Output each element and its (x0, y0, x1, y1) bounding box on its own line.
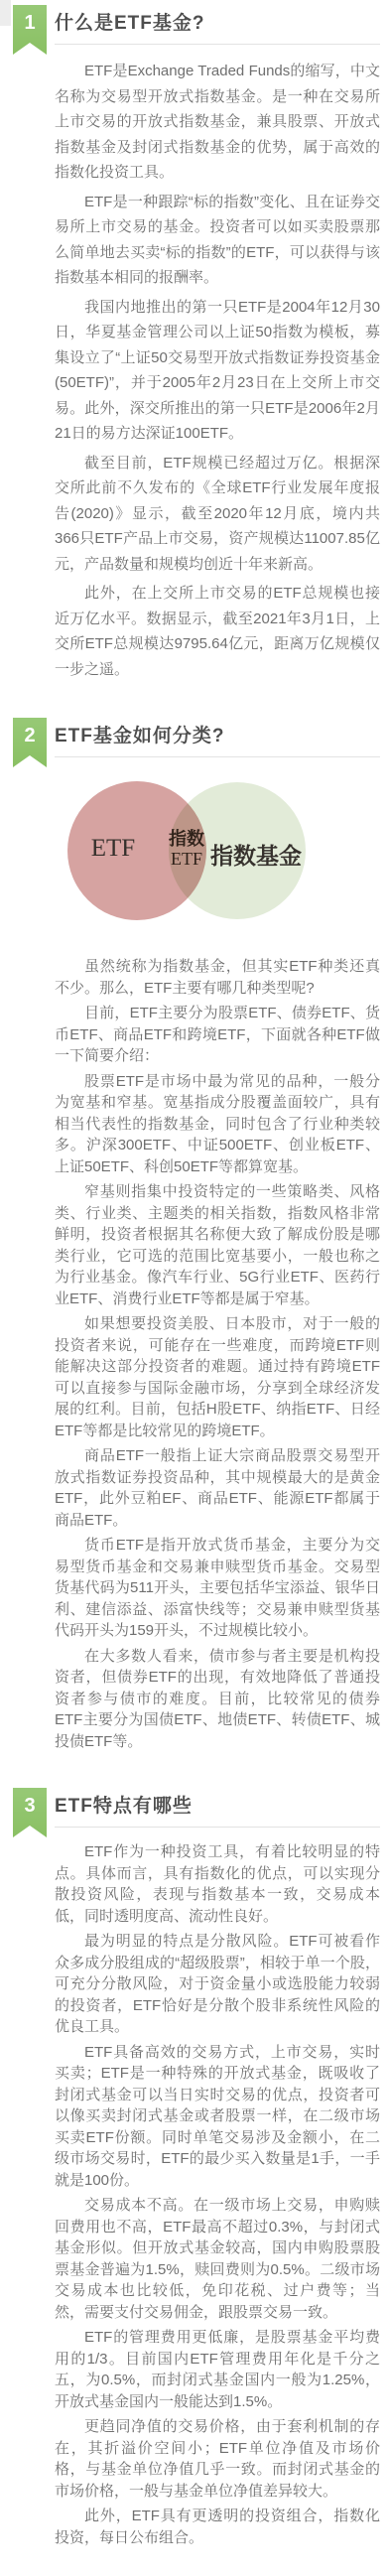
venn-overlap-line2: ETF (165, 849, 208, 869)
ribbon-bookmark-icon: 3 (13, 1788, 47, 1837)
section-etf-features: 3 ETF特点有哪些 ETF作为一种投资工具，有着比较明显的特点。具体而言，具有… (0, 1788, 388, 2548)
section-etf-classification: 2 ETF基金如何分类? ETF 指数 ETF 指数基金 虽然统称为指数基金，但… (0, 718, 388, 1752)
paragraph: ETF作为一种投资工具，有着比较明显的特点。具体而言，具有指数化的优点，可以实现… (55, 1841, 380, 1927)
section-title: 什么是ETF基金? (55, 5, 380, 45)
paragraph: 最为明显的特点是分散风险。ETF可被看作众多成分股组成的“超级股票”，相较于单一… (55, 1931, 380, 2038)
venn-overlap-line1: 指数 (169, 829, 204, 849)
paragraph: 我国内地推出的第一只ETF是2004年12月30日，华夏基金管理公司以上证50指… (55, 295, 380, 447)
paragraph: ETF具备高效的交易方式，上市交易，实时买卖；ETF是一种特殊的开放式基金，既吸… (55, 2042, 380, 2192)
article-page: 1 什么是ETF基金? ETF是Exchange Traded Funds的缩写… (0, 0, 388, 2576)
section-number: 1 (24, 5, 35, 55)
section-header: 3 ETF特点有哪些 (13, 1788, 380, 1828)
paragraph: 在大多数人看来，债市参与者主要是机构投资者，但债券ETF的出现，有效地降低了普通… (55, 1646, 380, 1753)
venn-label-overlap: 指数 ETF (165, 829, 208, 869)
paragraph: 商品ETF一般指上证大宗商品股票交易型开放式指数证券投资品种，其中规模最大的是黄… (55, 1445, 380, 1531)
paragraph: 此外，ETF具有更透明的投资组合，指数化投资，每日公布组合。 (55, 2506, 380, 2548)
section-body: 虽然统称为指数基金，但其实ETF种类还真不少。那么，ETF主要有哪几种类型呢? … (55, 956, 380, 1752)
ribbon-bookmark-icon: 2 (13, 718, 47, 767)
paragraph: 目前，ETF主要分为股票ETF、债券ETF、货币ETF、商品ETF和跨境ETF，… (55, 1003, 380, 1067)
venn-label-etf: ETF (78, 835, 148, 863)
paragraph: ETF是一种跟踪“标的指数”变化、且在证券交易所上市交易的基金。投资者可以如买卖… (55, 190, 380, 291)
paragraph: 股票ETF是市场中最为常见的品种，一般分为宽基和窄基。宽基指成分股覆盖面较广，具… (55, 1071, 380, 1178)
section-body: ETF是Exchange Traded Funds的缩写，中文名称为交易型开放式… (55, 59, 380, 682)
paragraph: 此外，在上交所上市交易的ETF总规模也接近万亿水平。数据显示，截至2021年3月… (55, 581, 380, 682)
bottom-spacer (0, 2552, 388, 2576)
paragraph: ETF是Exchange Traded Funds的缩写，中文名称为交易型开放式… (55, 59, 380, 186)
paragraph: 更趋同净值的交易价格，由于套利机制的存在，其折溢价空间小；ETF单位净值及市场价… (55, 2416, 380, 2502)
section-number: 2 (24, 718, 35, 767)
section-what-is-etf: 1 什么是ETF基金? ETF是Exchange Traded Funds的缩写… (0, 5, 388, 682)
venn-label-index-fund: 指数基金 (210, 838, 302, 871)
section-number: 3 (24, 1788, 35, 1837)
section-header: 1 什么是ETF基金? (13, 5, 380, 45)
paragraph: 虽然统称为指数基金，但其实ETF种类还真不少。那么，ETF主要有哪几种类型呢? (55, 956, 380, 999)
venn-diagram: ETF 指数 ETF 指数基金 (0, 769, 388, 940)
paragraph: 交易成本不高。在一级市场上交易，申购赎回费用也不高，ETF最高不超过0.3%，与… (55, 2195, 380, 2323)
section-header: 2 ETF基金如何分类? (13, 718, 380, 757)
section-body: ETF作为一种投资工具，有着比较明显的特点。具体而言，具有指数化的优点，可以实现… (55, 1841, 380, 2548)
section-title: ETF基金如何分类? (55, 718, 380, 757)
section-title: ETF特点有哪些 (55, 1788, 380, 1828)
paragraph: 截至目前，ETF规模已经超过万亿。根据深交所此前不久发布的《全球ETF行业发展年… (55, 451, 380, 578)
paragraph: 窄基则指集中投资特定的一些策略类、风格类、行业类、主题类的相关指数，指数风格非常… (55, 1181, 380, 1309)
page-corner-artifact (0, 0, 11, 26)
paragraph: ETF的管理费用更低廉，是股票基金平均费用的1/3。目前国内ETF管理费用年化是… (55, 2327, 380, 2412)
ribbon-bookmark-icon: 1 (13, 5, 47, 55)
paragraph: 如果想要投资美股、日本股市，对于一般的投资者来说，可能存在一些难度，而跨境ETF… (55, 1313, 380, 1441)
paragraph: 货币ETF是指开放式货币基金，主要分为交易型货币基金和交易兼申赎型货币基金。交易… (55, 1535, 380, 1642)
